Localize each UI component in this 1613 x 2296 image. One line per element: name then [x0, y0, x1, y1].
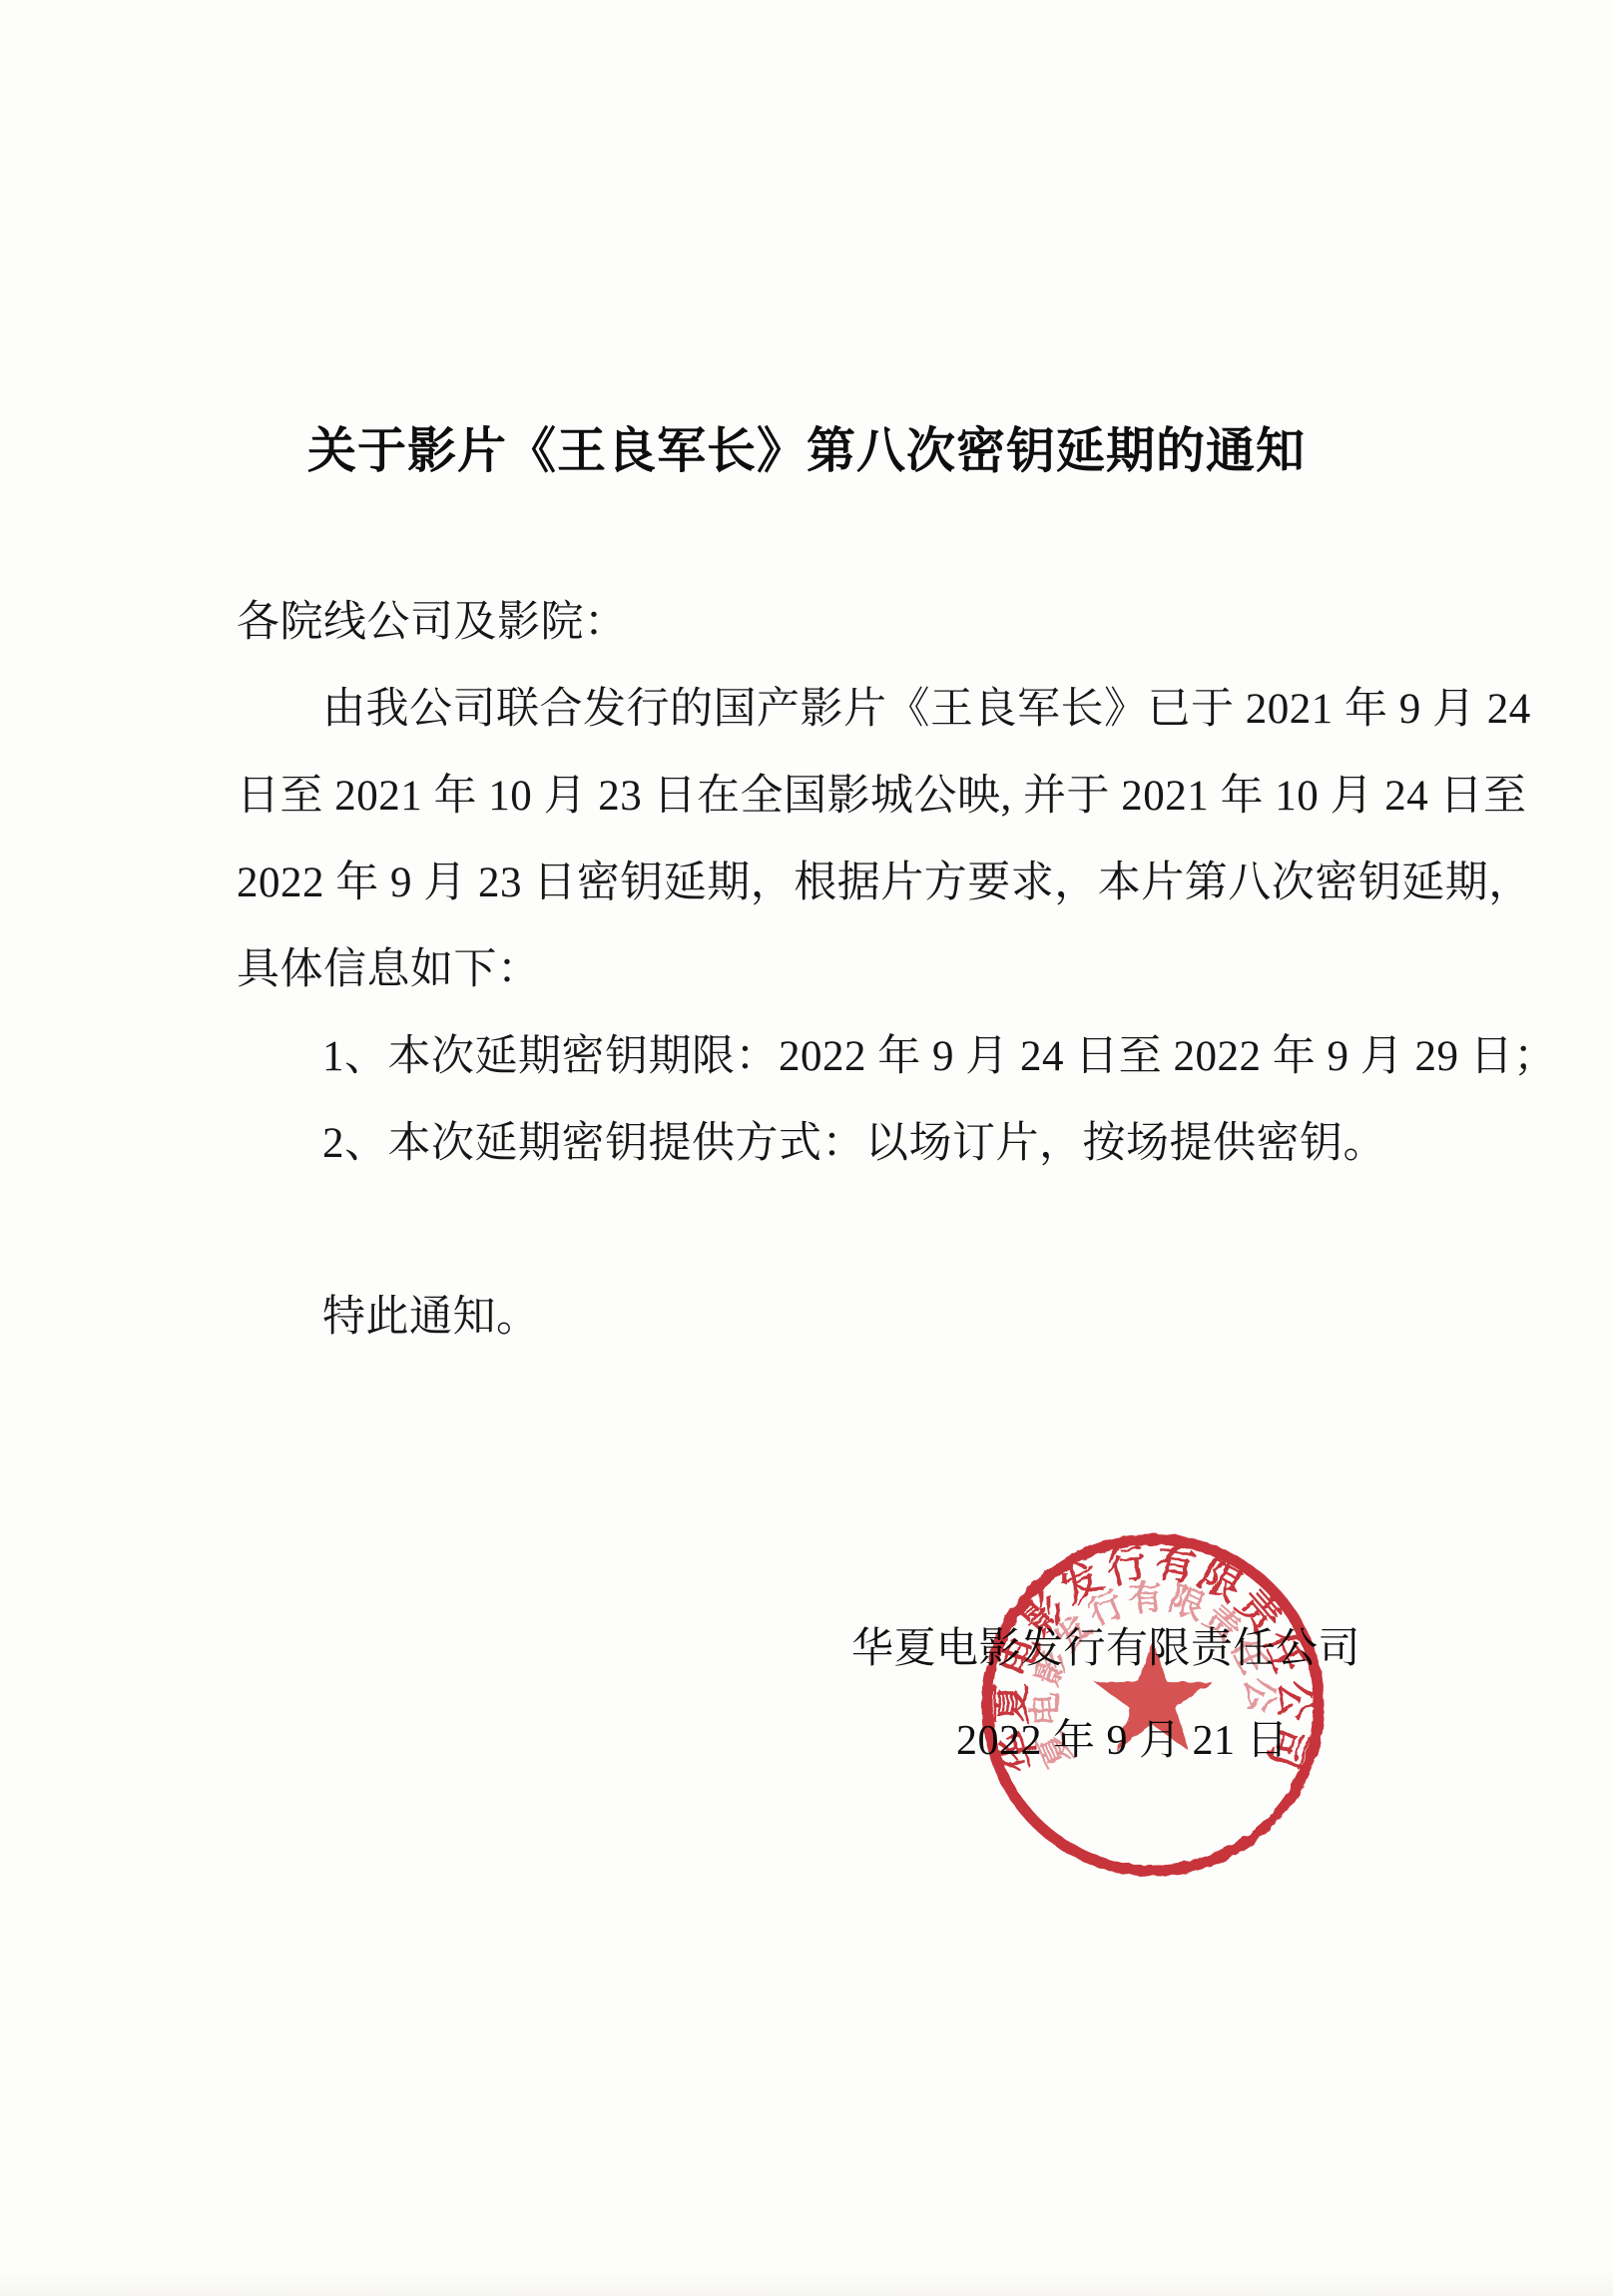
closing-line: 特此通知。 [237, 1274, 1384, 1361]
company-seal-stamp: 华夏电影发行有限责任公司 华夏电影发行有限责任公司 [981, 1531, 1325, 1879]
body-line: 1、本次延期密钥期限：2022 年 9 月 24 日至 2022 年 9 月 2… [237, 1013, 1384, 1100]
document-body: 各院线公司及影院： 由我公司联合发行的国产影片《王良军长》已于 2021 年 9… [237, 579, 1384, 1361]
seal-star-icon [1094, 1639, 1212, 1751]
document-title: 关于影片《王良军长》第八次密钥延期的通知 [120, 423, 1493, 479]
body-line: 日至 2021 年 10 月 23 日在全国影城公映, 并于 2021 年 10… [237, 753, 1384, 840]
body-line: 2022 年 9 月 23 日密钥延期，根据片方要求，本片第八次密钥延期， [237, 840, 1384, 926]
document-page: 关于影片《王良军长》第八次密钥延期的通知 各院线公司及影院： 由我公司联合发行的… [0, 0, 1613, 2296]
body-line: 由我公司联合发行的国产影片《王良军长》已于 2021 年 9 月 24 [237, 666, 1384, 753]
body-paragraphs: 由我公司联合发行的国产影片《王良军长》已于 2021 年 9 月 24日至 20… [237, 666, 1384, 1187]
body-line: 2、本次延期密钥提供方式：以场订片，按场提供密钥。 [237, 1100, 1384, 1187]
body-line: 具体信息如下： [237, 926, 1384, 1013]
blank-line [237, 1187, 1384, 1274]
salutation: 各院线公司及影院： [237, 579, 1384, 666]
